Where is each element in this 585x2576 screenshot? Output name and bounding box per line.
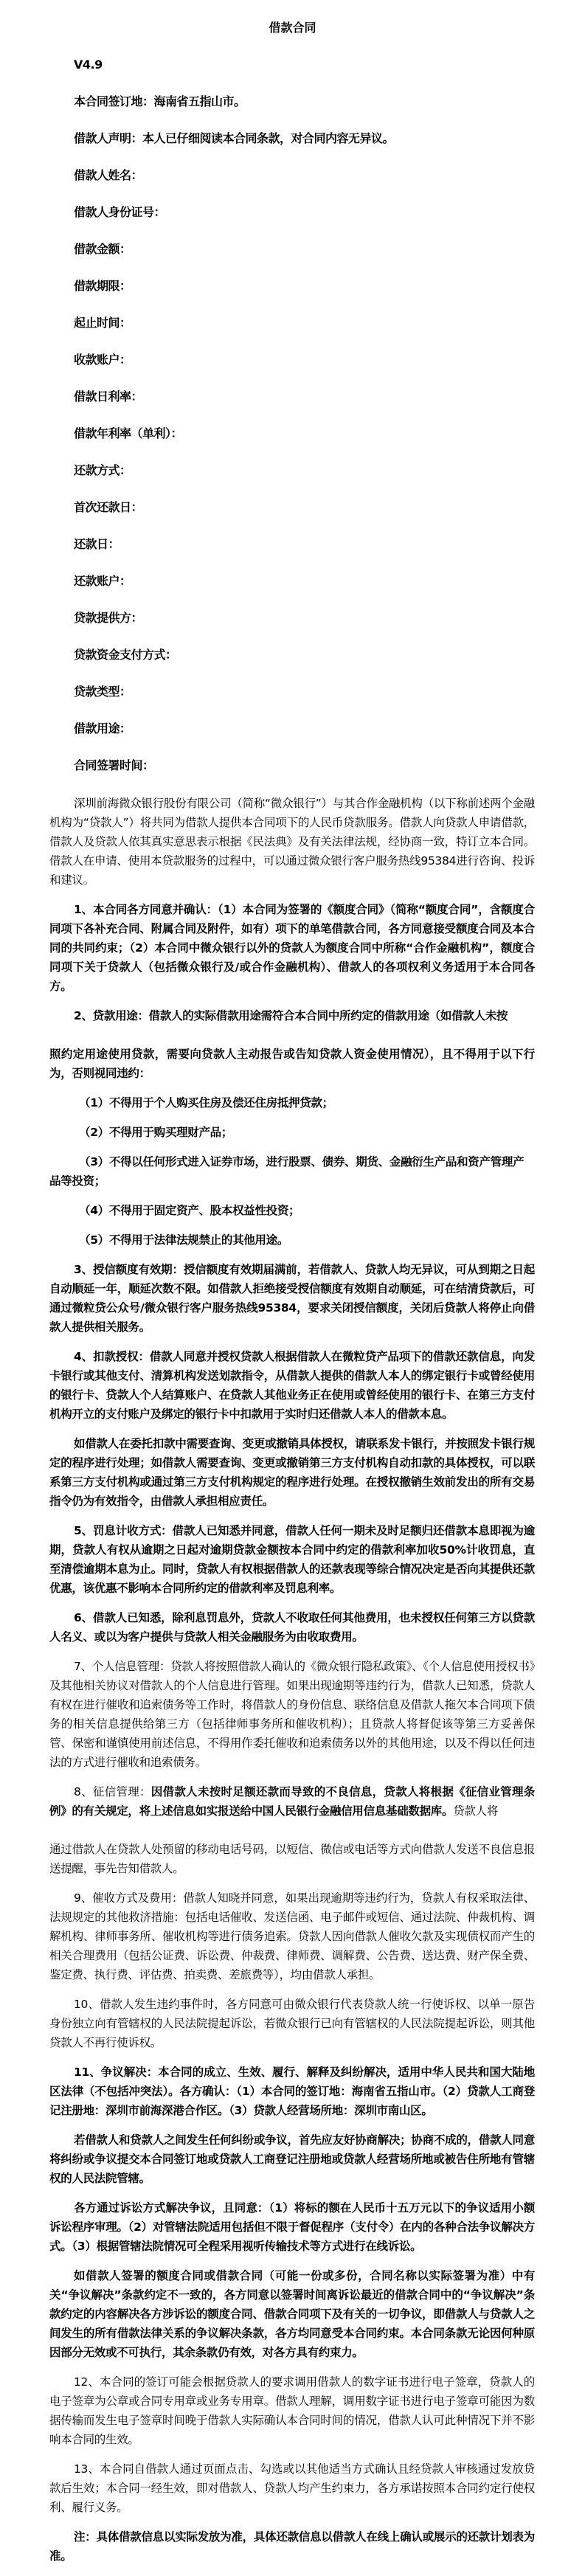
clause-2-part-2: 照约定用途使用贷款，需要向贷款人主动报告或告知贷款人资金使用情况），且不得用于以… [49, 1045, 535, 1083]
clause-4-revocation: 如借款人在委托扣款中需要查询、变更或撤销具体授权，请联系发卡银行，并按照发卡银行… [49, 1434, 535, 1511]
clause-11-conflict: 如借款人签署的额度合同或借款合同（可能一份或多份，合同名称以实际签署为准）中有关… [49, 2266, 535, 2362]
clause-8-notice: 通过借款人在贷款人处预留的移动电话号码，以短信、微信或电话等方式向借款人发送不良… [49, 1840, 535, 1878]
field-loan-purpose: 借款用途： [74, 720, 585, 738]
field-label: 借款期限： [74, 279, 131, 293]
field-label: 借款金额： [74, 242, 131, 256]
field-repayment-day: 还款日： [74, 536, 585, 553]
clause-7: 7、个人信息管理：贷款人将按照借款人确认的《微众银行隐私政策》、《个人信息使用授… [49, 1657, 535, 1772]
clause-2-item-5: （5）不得用于法律法规禁止的其他用途。 [49, 1230, 535, 1250]
field-label: 贷款提供方： [74, 611, 142, 625]
field-loan-term: 借款期限： [74, 277, 585, 295]
clause-10: 10、借款人发生违约事件时，各方同意可由微众银行代表贷款人统一行使诉权、以单一原… [49, 1995, 535, 2052]
borrower-declaration: 借款人声明：本人已仔细阅读本合同条款，对合同内容无异议。 [74, 130, 585, 148]
field-repayment-account: 还款账户： [74, 572, 585, 590]
field-signing-time: 合同签署时间： [74, 757, 585, 775]
clause-2-item-3: （3）不得以任何形式进入证券市场，进行股票、债券、期货、金融衍生产品和资产管理产… [49, 1152, 535, 1191]
clause-11-litigation: 各方通过诉讼方式解决争议，且同意：（1）将标的额在人民币十五万元以下的争议适用小… [49, 2198, 535, 2256]
clause-13: 13、本合同自借款人通过页面点击、勾选或以其他适当方式确认且经贷款人审核通过发放… [49, 2459, 535, 2517]
contract-page: 借款合同 V4.9 本合同签订地：海南省五指山市。 借款人声明：本人已仔细阅读本… [0, 0, 585, 2566]
field-loan-amount: 借款金额： [74, 240, 585, 258]
closing-note: 注：具体借款信息以实际发放为准，具体还款信息以借款人在线上确认或展示的还款计划表… [49, 2527, 535, 2566]
field-lender: 贷款提供方： [74, 609, 585, 627]
field-label: 借款人身份证号： [74, 205, 165, 219]
clause-8: 8、征信管理：因借款人未按时足额还款而导致的不良信息，贷款人将根据《征信业管理条… [49, 1782, 535, 1821]
field-loan-type: 贷款类型： [74, 683, 585, 701]
field-first-repayment-date: 首次还款日： [74, 499, 585, 516]
clause-12: 12、本合同的签订可能会根据贷款人的要求调用借款人的数字证书进行电子签章，贷款人… [49, 2372, 535, 2449]
field-repayment-method: 还款方式： [74, 462, 585, 479]
clause-5: 5、罚息计收方式：借款人已知悉并同意，借款人任何一期未及时足额归还借款本息即视为… [49, 1521, 535, 1598]
clause-8-tail: 贷款人将 [453, 1804, 498, 1818]
field-label: 收款账户： [74, 353, 131, 367]
clause-2-item-1: （1）不得用于个人购买住房及偿还住房抵押贷款； [49, 1093, 535, 1112]
field-label: 合同签署时间： [74, 758, 154, 772]
clause-9: 9、催收方式及费用：借款人知晓并同意，如果出现逾期等违约行为，贷款人有权采取法律… [49, 1888, 535, 1984]
clause-11-negotiation: 若借款人和贷款人之间发生任何纠纷或争议，首先应友好协商解决；协商不成的，借款人同… [49, 2130, 535, 2188]
field-annual-rate: 借款年利率（单利）： [74, 425, 585, 443]
field-label: 借款用途： [74, 721, 131, 735]
field-daily-rate: 借款日利率： [74, 388, 585, 406]
document-title: 借款合同 [0, 19, 585, 37]
clause-2-item-2: （2）不得用于购买理财产品； [49, 1123, 535, 1142]
field-label: 还款方式： [74, 463, 131, 477]
field-receiving-account: 收款账户： [74, 351, 585, 369]
field-start-end-time: 起止时间： [74, 314, 585, 332]
signing-place: 本合同签订地：海南省五指山市。 [74, 93, 585, 111]
intro-paragraph: 深圳前海微众银行股份有限公司（简称“微众银行”）与其合作金融机构（以下称前述两个… [49, 794, 535, 890]
field-label: 借款年利率（单利）： [74, 426, 182, 440]
field-borrower-name: 借款人姓名： [74, 167, 585, 184]
field-payment-method: 贷款资金支付方式： [74, 646, 585, 664]
version-label: V4.9 [74, 56, 585, 74]
field-label: 首次还款日： [74, 500, 142, 514]
field-label: 借款人姓名： [74, 168, 142, 182]
clause-3: 3、授信额度有效期：授信额度有效期届满前，若借款人、贷款人均无异议，可从到期之日… [49, 1260, 535, 1337]
field-label: 贷款类型： [74, 685, 131, 699]
clause-2-item-4: （4）不得用于固定资产、股本权益性投资； [49, 1201, 535, 1220]
field-borrower-id-number: 借款人身份证号： [74, 204, 585, 221]
field-label: 还款日： [74, 537, 120, 551]
clause-8-label: 8、征信管理： [74, 1785, 151, 1798]
field-label: 还款账户： [74, 574, 131, 588]
field-label: 起止时间： [74, 316, 131, 330]
field-label: 借款日利率： [74, 389, 142, 404]
clause-2-part-1: 2、贷款用途：借款人的实际借款用途需符合本合同中所约定的借款用途（如借款人未按 [49, 1006, 535, 1025]
clause-1: 1、本合同各方同意并确认：（1）本合同为签署的《额度合同》（简称“额度合同”，含… [49, 900, 535, 996]
clause-11: 11、争议解决：本合同的成立、生效、履行、解释及纠纷解决，适用中华人民共和国大陆… [49, 2063, 535, 2120]
field-label: 贷款资金支付方式： [74, 648, 177, 662]
clause-4: 4、扣款授权：借款人同意并授权贷款人根据借款人在微粒贷产品项下的借款还款信息，向… [49, 1347, 535, 1424]
clause-6: 6、借款人已知悉，除利息罚息外，贷款人不收取任何其他费用，也未授权任何第三方以贷… [49, 1608, 535, 1647]
